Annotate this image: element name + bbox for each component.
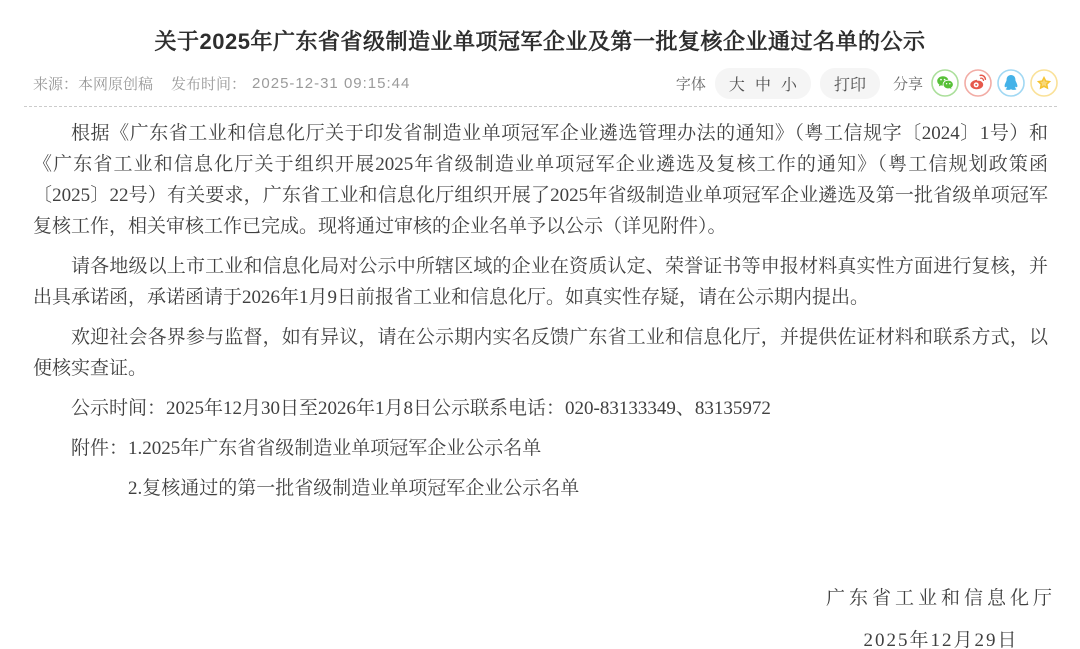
font-size-switcher: 大 中 小 [715,68,811,99]
paragraph-notice-period-contact: 公示时间：2025年12月30日至2026年1月8日公示联系电话：020-831… [33,393,1048,424]
article-body: 根据《广东省工业和信息化厅关于印发省制造业单项冠军企业遴选管理办法的通知》（粤工… [33,118,1048,504]
qq-share-icon[interactable] [997,69,1025,97]
meta-bar: 来源： 本网原创稿 发布时间： 2025-12-31 09:15:44 字体 大… [33,69,1058,97]
share-label: 分享 [893,73,923,94]
share-icon-group [931,69,1058,97]
font-size-large-button[interactable]: 大 [729,72,745,95]
publish-time-value: 2025-12-31 09:15:44 [252,75,410,92]
issue-date: 2025年12月29日 [826,626,1056,649]
attachment-line-1: 附件：1.2025年广东省省级制造业单项冠军企业公示名单 [33,433,1048,464]
announcement-page: 关于2025年广东省省级制造业单项冠军企业及第一批复核企业通过名单的公示 来源：… [0,0,1080,649]
toolbar: 字体 大 中 小 打印 分享 [676,68,1058,99]
page-title: 关于2025年广东省省级制造业单项冠军企业及第一批复核企业通过名单的公示 [0,15,1080,55]
signature-block: 广东省工业和信息化厅 2025年12月29日 [0,584,1056,649]
wechat-share-icon[interactable] [931,69,959,97]
meta-info: 来源： 本网原创稿 发布时间： 2025-12-31 09:15:44 [33,73,410,94]
weibo-share-icon[interactable] [964,69,992,97]
issuing-authority: 广东省工业和信息化厅 [826,584,1056,614]
font-size-label: 字体 [676,73,706,94]
publish-time-label: 发布时间： [171,73,246,94]
signature-inner: 广东省工业和信息化厅 2025年12月29日 [826,584,1056,649]
source-value: 本网原创稿 [78,73,153,94]
paragraph-basis: 根据《广东省工业和信息化厅关于印发省制造业单项冠军企业遴选管理办法的通知》（粤工… [33,118,1048,242]
attachment-line-2: 2.复核通过的第一批省级制造业单项冠军企业公示名单 [33,473,1048,504]
source-label: 来源： [33,73,78,94]
print-button[interactable]: 打印 [820,68,880,99]
font-size-medium-button[interactable]: 中 [755,72,771,95]
paragraph-supervision: 欢迎社会各界参与监督，如有异议，请在公示期内实名反馈广东省工业和信息化厅，并提供… [33,322,1048,384]
dashed-divider [24,106,1057,107]
font-size-small-button[interactable]: 小 [781,72,797,95]
qzone-share-icon[interactable] [1030,69,1058,97]
paragraph-review-instruction: 请各地级以上市工业和信息化局对公示中所辖区域的企业在资质认定、荣誉证书等申报材料… [33,251,1048,313]
